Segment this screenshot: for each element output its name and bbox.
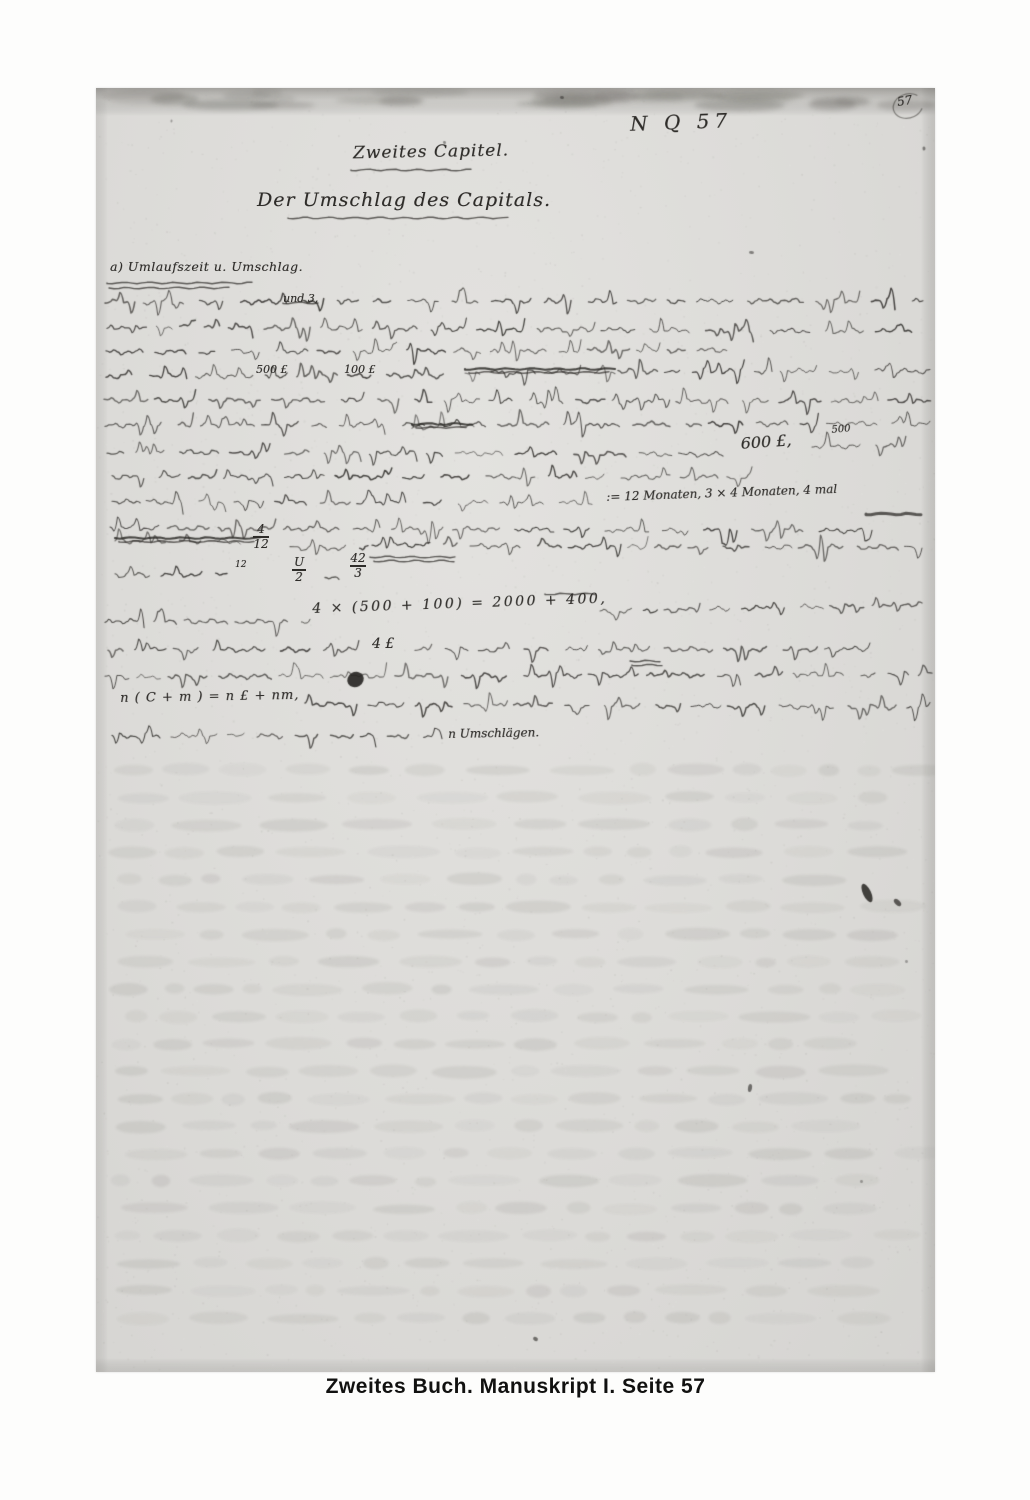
scanned-manuscript-paper bbox=[96, 88, 935, 1372]
caption: Zweites Buch. Manuskript I. Seite 57 bbox=[96, 1375, 935, 1399]
handwriting-ink-canvas bbox=[96, 88, 935, 1372]
manuscript-facsimile-page: { "page": { "background_color": "#fdfdfc… bbox=[0, 0, 1030, 1500]
